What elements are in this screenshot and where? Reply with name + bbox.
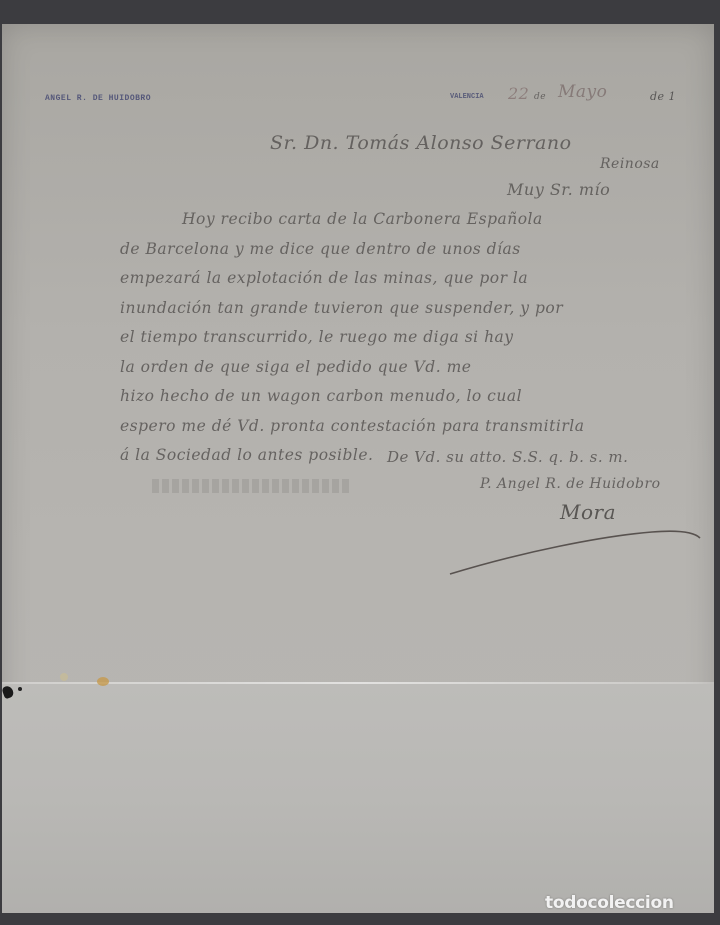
letterhead-sender: ANGEL R. DE HUIDOBRO — [45, 94, 151, 103]
signature-flourish-icon — [442, 512, 712, 582]
watermark-logo: todocoleccion — [545, 893, 674, 913]
recipient-city: Reinosa — [600, 156, 660, 172]
stain-mark — [60, 673, 68, 681]
date-line: VALENCIA 22 de Mayo de 1 — [450, 84, 690, 110]
body-line: de Barcelona y me dice que dentro de uno… — [120, 240, 720, 270]
signer-name: P. Angel R. de Huidobro — [480, 476, 661, 492]
body-line: empezará la explotación de las minas, qu… — [120, 269, 720, 299]
body-line: hizo hecho de un wagon carbon menudo, lo… — [120, 387, 720, 417]
date-connector: de — [534, 92, 546, 102]
stain-mark — [97, 677, 109, 686]
letterhead-place: VALENCIA — [450, 93, 484, 101]
letter-body: Hoy recibo carta de la Carbonera Español… — [120, 210, 720, 476]
body-line: Hoy recibo carta de la Carbonera Español… — [120, 210, 720, 240]
body-line: el tiempo transcurrido, le ruego me diga… — [120, 328, 720, 358]
body-line: la orden de que siga el pedido que Vd. m… — [120, 358, 720, 388]
letter-paper: ANGEL R. DE HUIDOBRO VALENCIA 22 de Mayo… — [2, 24, 714, 913]
faded-stamp-bleedthrough — [152, 479, 352, 493]
body-line: espero me dé Vd. pronta contestación par… — [120, 417, 720, 447]
date-day: 22 — [508, 84, 529, 103]
recipient-name: Sr. Dn. Tomás Alonso Serrano — [270, 132, 572, 154]
background-bottom — [0, 913, 720, 925]
date-month: Mayo — [558, 82, 607, 102]
body-line: inundación tan grande tuvieron que suspe… — [120, 299, 720, 329]
ink-dot — [18, 687, 22, 691]
salutation: Muy Sr. mío — [507, 180, 610, 199]
date-year: de 1 — [650, 90, 676, 103]
closing-line: De Vd. su atto. S.S. q. b. s. m. — [387, 448, 628, 466]
paper-lower-half — [2, 684, 714, 913]
